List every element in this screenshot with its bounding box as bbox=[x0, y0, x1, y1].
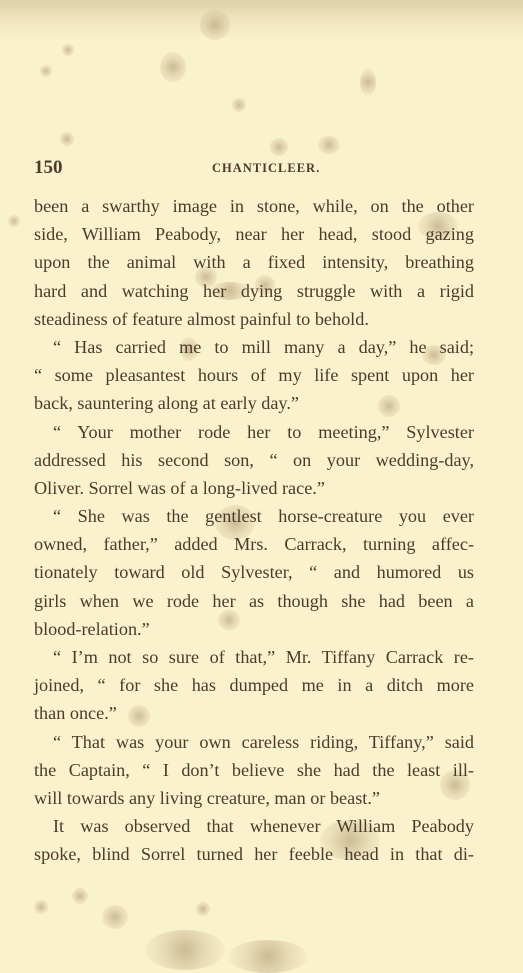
text-line: girls when we rode her as though she had… bbox=[34, 587, 474, 615]
foxing-speck bbox=[228, 940, 308, 973]
foxing-speck bbox=[72, 888, 88, 904]
page-number: 150 bbox=[34, 157, 63, 179]
text-line: hard and watching her dying struggle wit… bbox=[34, 277, 474, 305]
paragraph: It was observed that whenever William Pe… bbox=[34, 812, 474, 868]
foxing-speck bbox=[160, 52, 186, 82]
paragraph: “ Your mother rode her to meeting,” Sylv… bbox=[34, 418, 474, 503]
foxing-speck bbox=[360, 68, 376, 96]
foxing-speck bbox=[270, 138, 288, 156]
running-head: 150 CHANTICLEER. bbox=[34, 157, 474, 181]
text-line: tionately toward old Sylvester, “ and hu… bbox=[34, 558, 474, 586]
running-title: CHANTICLEER. bbox=[212, 161, 320, 176]
text-line: will towards any living creature, man or… bbox=[34, 784, 474, 812]
body-text: been a swarthy image in stone, while, on… bbox=[34, 192, 474, 869]
text-line: back, sauntering along at early day.” bbox=[34, 389, 474, 417]
foxing-speck bbox=[8, 215, 20, 227]
paragraph: “ That was your own careless riding, Tif… bbox=[34, 728, 474, 813]
text-line: addressed his second son, “ on your wedd… bbox=[34, 446, 474, 474]
text-line: “ Has carried me to mill many a day,” he… bbox=[34, 333, 474, 361]
paragraph: “ Has carried me to mill many a day,” he… bbox=[34, 333, 474, 418]
foxing-speck bbox=[196, 902, 210, 916]
foxing-speck bbox=[40, 65, 52, 77]
text-line: side, William Peabody, near her head, st… bbox=[34, 220, 474, 248]
foxing-speck bbox=[318, 136, 340, 154]
text-line: “ Your mother rode her to meeting,” Sylv… bbox=[34, 418, 474, 446]
foxing-speck bbox=[145, 930, 225, 970]
text-line: owned, father,” added Mrs. Carrack, turn… bbox=[34, 530, 474, 558]
text-line: Oliver. Sorrel was of a long-lived race.… bbox=[34, 474, 474, 502]
text-line: It was observed that whenever William Pe… bbox=[34, 812, 474, 840]
text-line: the Captain, “ I don’t believe she had t… bbox=[34, 756, 474, 784]
foxing-speck bbox=[102, 905, 128, 929]
text-line: “ She was the gentlest horse-creature yo… bbox=[34, 502, 474, 530]
text-line: blood-relation.” bbox=[34, 615, 474, 643]
text-line: “ That was your own careless riding, Tif… bbox=[34, 728, 474, 756]
text-line: “ some pleasantest hours of my life spen… bbox=[34, 361, 474, 389]
text-line: spoke, blind Sorrel turned her feeble he… bbox=[34, 840, 474, 868]
paragraph: “ She was the gentlest horse-creature yo… bbox=[34, 502, 474, 643]
text-line: steadiness of feature almost painful to … bbox=[34, 305, 474, 333]
foxing-speck bbox=[62, 44, 74, 56]
paragraph: “ I’m not so sure of that,” Mr. Tiffany … bbox=[34, 643, 474, 728]
text-line: upon the animal with a fixed intensity, … bbox=[34, 248, 474, 276]
page-edge-stain bbox=[0, 0, 523, 40]
foxing-speck bbox=[232, 98, 246, 112]
text-line: joined, “ for she has dumped me in a dit… bbox=[34, 671, 474, 699]
text-line: “ I’m not so sure of that,” Mr. Tiffany … bbox=[34, 643, 474, 671]
foxing-speck bbox=[60, 132, 74, 146]
foxing-speck bbox=[200, 10, 230, 40]
text-line: been a swarthy image in stone, while, on… bbox=[34, 192, 474, 220]
foxing-speck bbox=[34, 900, 48, 914]
paragraph: been a swarthy image in stone, while, on… bbox=[34, 192, 474, 333]
text-line: than once.” bbox=[34, 699, 474, 727]
